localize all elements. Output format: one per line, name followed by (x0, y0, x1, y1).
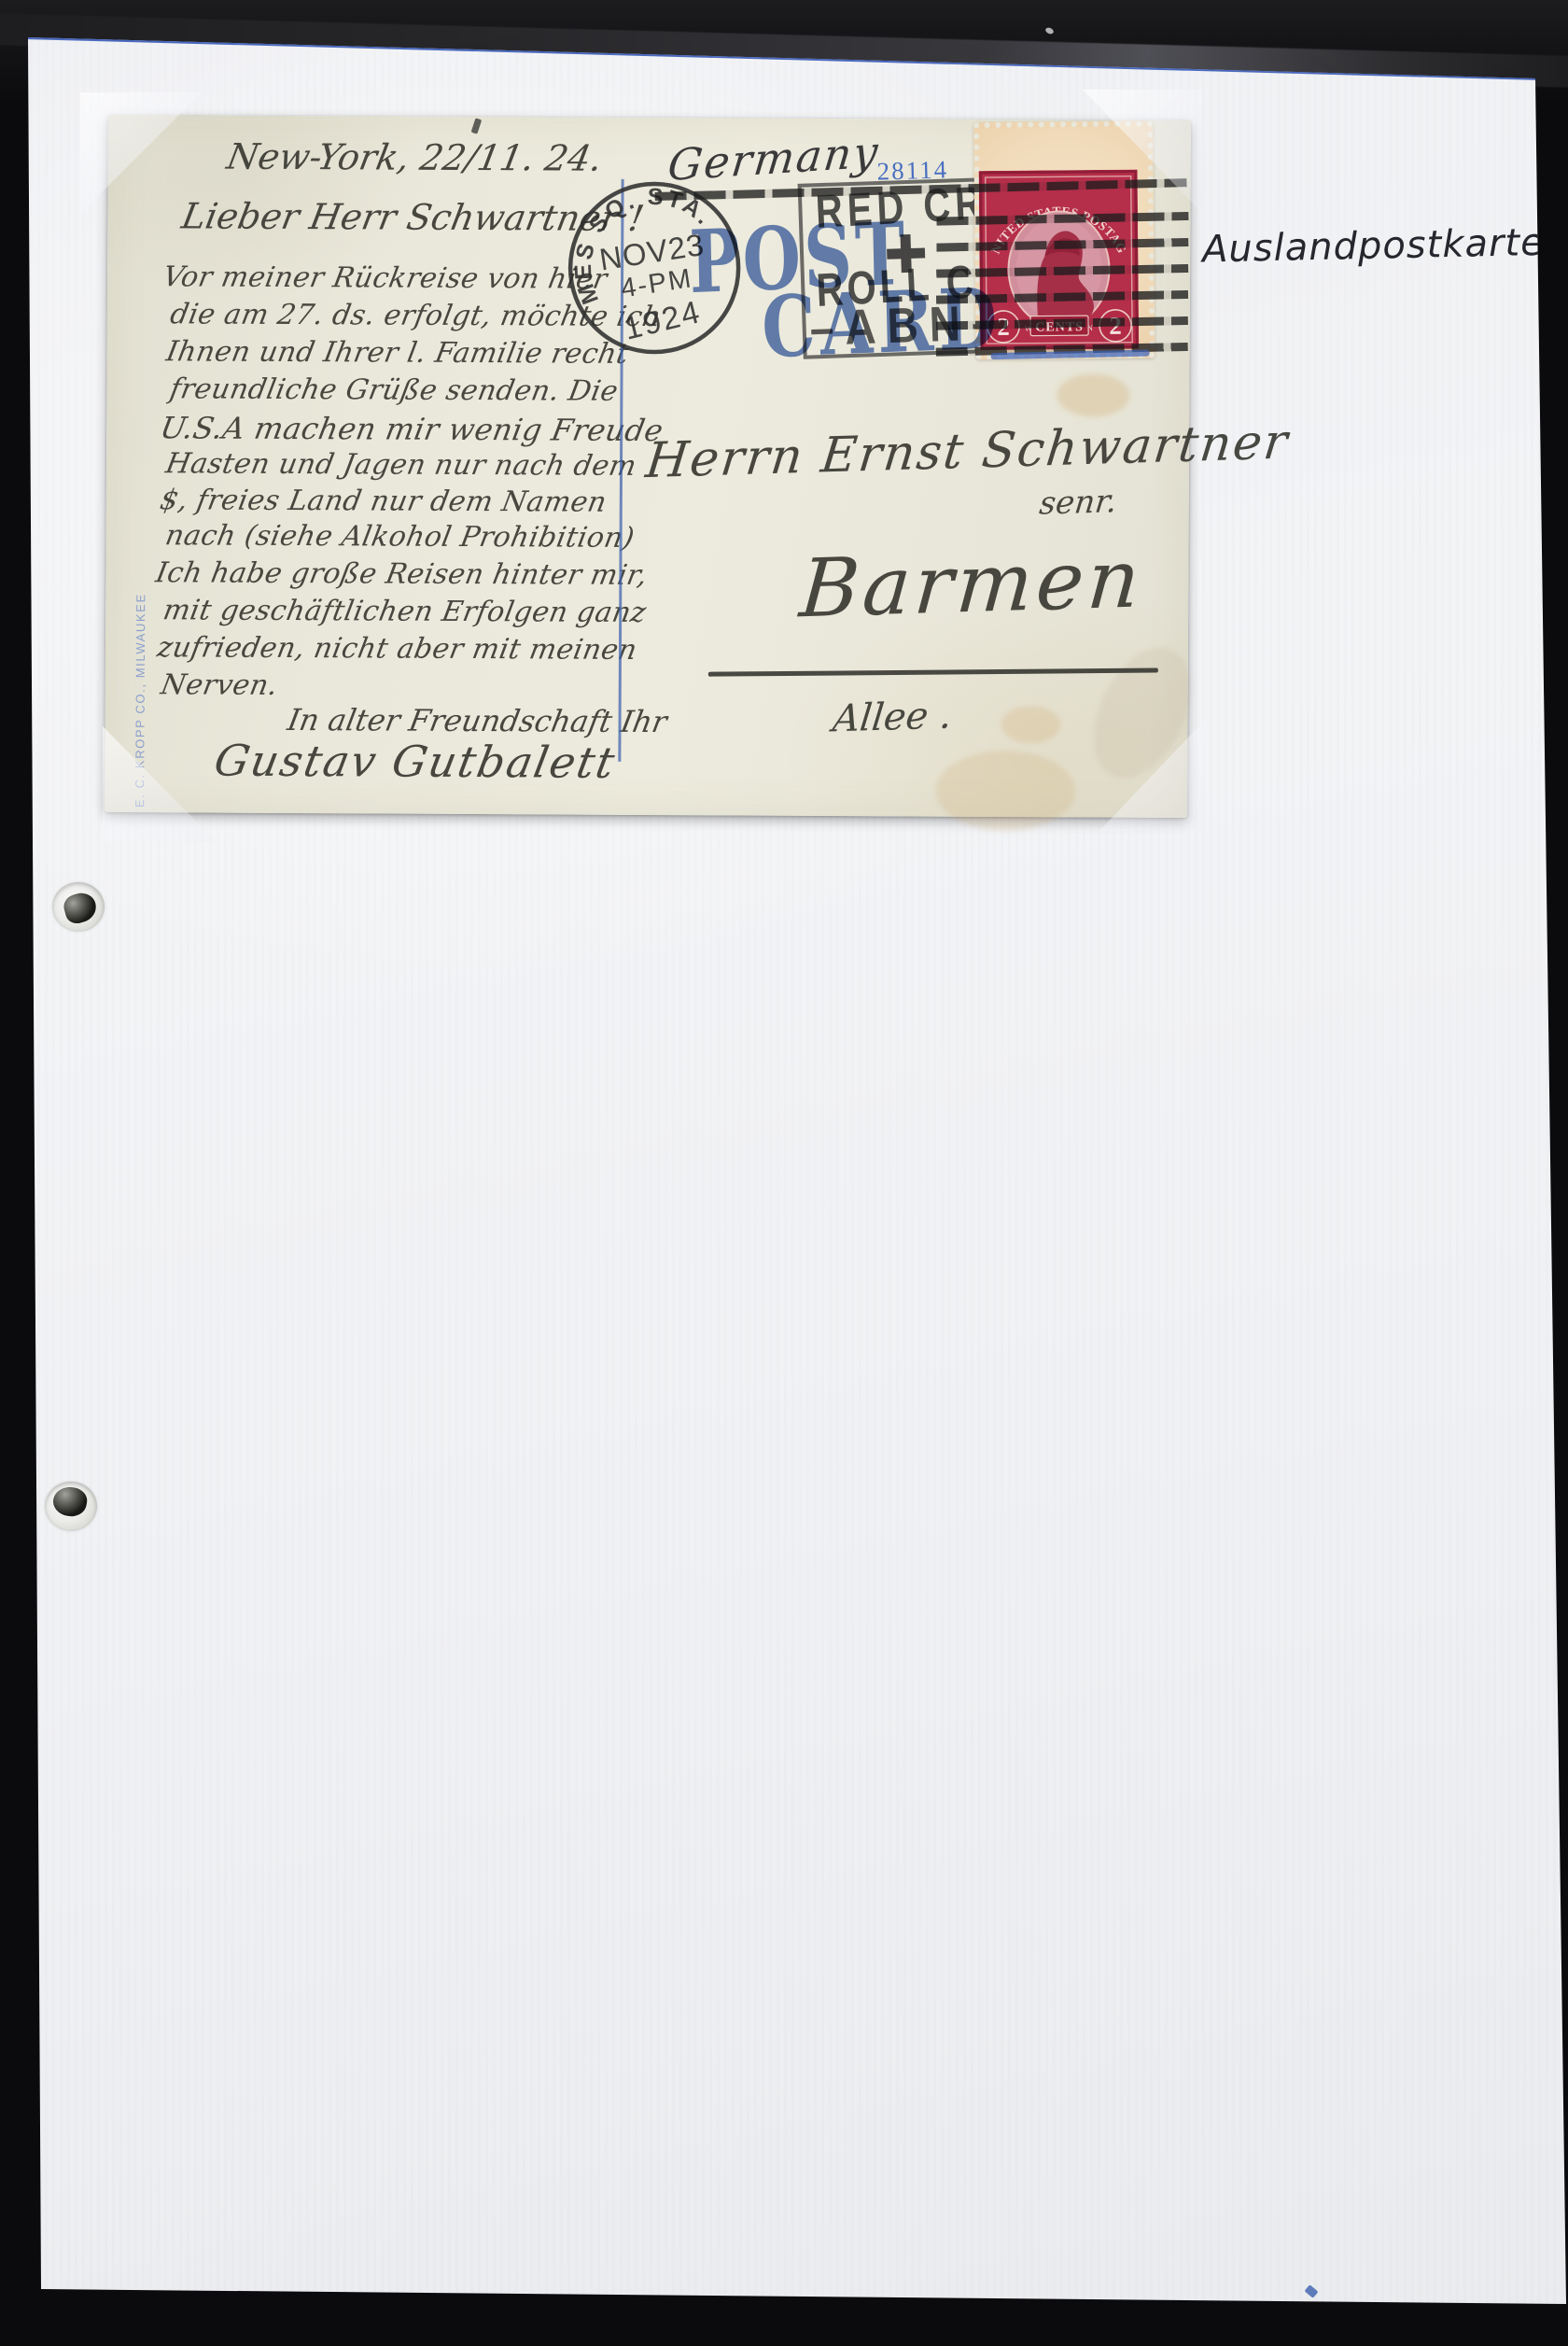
postcard: New-York, 22/11. 24. Lieber Herr Schwart… (105, 115, 1191, 818)
message-line: Vor meiner Rückreise von hier (161, 260, 610, 295)
punch-hole-opening (51, 1484, 90, 1519)
album-page: Auslandpostkarte 19 New-York, 22/11. 24.… (0, 0, 1568, 2346)
punch-hole (52, 882, 105, 932)
message-line: U.S.A machen mir wenig Freude (158, 410, 666, 448)
overprint-word-card: CARD (761, 270, 1002, 377)
foxing-stain (935, 751, 1075, 832)
address-underline (708, 668, 1158, 677)
punch-hole (45, 1482, 97, 1531)
sheet-protector-bottom-mark (1305, 2284, 1319, 2298)
message-line: nach (siehe Alkohol Prohibition) (162, 519, 637, 555)
dateline: New-York, 22/11. 24. (224, 136, 606, 179)
closing-line: In alter Freundschaft Ihr (285, 702, 669, 739)
message-line: Nerven. (159, 668, 281, 702)
message-line: zufrieden, nicht aber mit meinen (155, 631, 640, 667)
addressee-name: Herrn Ernst Schwartner (643, 414, 1292, 489)
foxing-stain (1001, 706, 1060, 743)
message-line: mit geschäftlichen Erfolgen ganz (161, 594, 649, 629)
punch-hole-opening (62, 890, 100, 926)
addressee-suffix: senr. (1038, 483, 1119, 523)
foxing-stain (1057, 373, 1129, 416)
signature: Gustav Gutbalett (210, 736, 620, 788)
message-line: Hasten und Jagen nur nach dem (163, 447, 639, 483)
scanned-album-sheet: Auslandpostkarte 19 New-York, 22/11. 24.… (0, 0, 1568, 2346)
stray-ink-mark (471, 118, 483, 133)
destination-city: Barmen (797, 532, 1147, 636)
collector-annotation: Auslandpostkarte 19 (1202, 219, 1568, 271)
street-line: Allee . (831, 694, 954, 740)
message-line: Ich habe große Reisen hinter mir, (153, 556, 650, 592)
message-line: freundliche Grüße senden. Die (167, 372, 621, 407)
message-line: $, freies Land nur dem Namen (158, 484, 609, 518)
